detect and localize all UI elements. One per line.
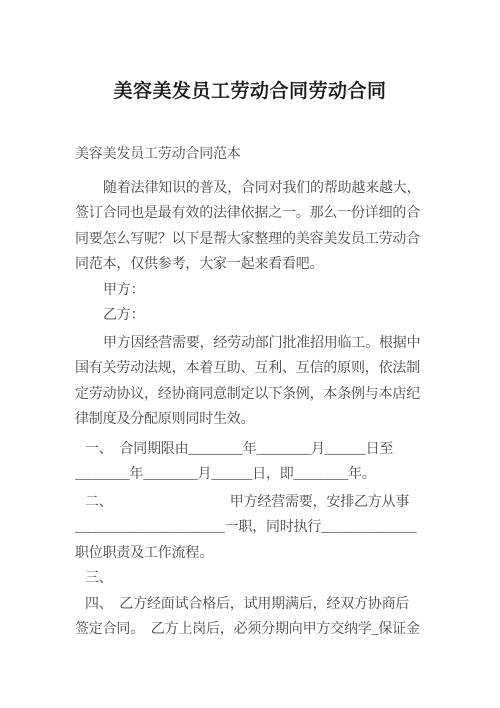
intro-line-2: 签订合同也是最有效的法律依据之一。那么一份详细的合 [75,201,425,227]
intro-line-3: 同要怎么写呢？以下是帮大家整理的美容美发员工劳动合 [75,227,425,253]
clause-1-line-1: 一、 合同期限由________年________月______日至 [75,437,425,463]
preamble-line-4: 律制度及分配原则同时生效。 [75,407,425,433]
preamble-line-3: 定劳动协议，经协商同意制定以下条例，本条例与本店纪 [75,382,425,408]
clause-4-line-2: 签定合同。 乙方上岗后，必须分期向甲方交纳学_保证金 [75,617,425,643]
document-content: 美容美发员工劳动合同劳动合同 美容美发员工劳动合同范本 随着法律知识的普及，合同… [0,0,500,643]
document-title: 美容美发员工劳动合同劳动合同 [75,78,425,106]
party-b-label: 乙方： [75,303,425,329]
document-subtitle: 美容美发员工劳动合同范本 [75,142,425,168]
preamble-line-1: 甲方因经营需要，经劳动部门批准招用临工。根据中 [75,331,425,357]
clause-1-line-2: ________年________月______日，即________年。 [75,462,425,488]
document-page: 美容美发员工劳动合同劳动合同 美容美发员工劳动合同范本 随着法律知识的普及，合同… [0,0,500,708]
clause-2-line-1: 二、 甲方经营需要，安排乙方从事 [75,490,425,516]
clause-4-line-1: 四、 乙方经面试合格后，试用期满后，经双方协商后 [75,592,425,618]
clause-3-label: 三、 [75,566,425,592]
clause-2-line-3: 职位职责及工作流程。 [75,541,425,567]
clause-2-line-2: ______________________一职，同时执行___________… [75,515,425,541]
intro-line-1: 随着法律知识的普及，合同对我们的帮助越来越大， [75,176,425,202]
party-a-label: 甲方： [75,278,425,304]
intro-line-4: 同范本，仅供参考，大家一起来看看吧。 [75,252,425,278]
preamble-line-2: 国有关劳动法规，本着互助、互利、互信的原则，依法制 [75,356,425,382]
